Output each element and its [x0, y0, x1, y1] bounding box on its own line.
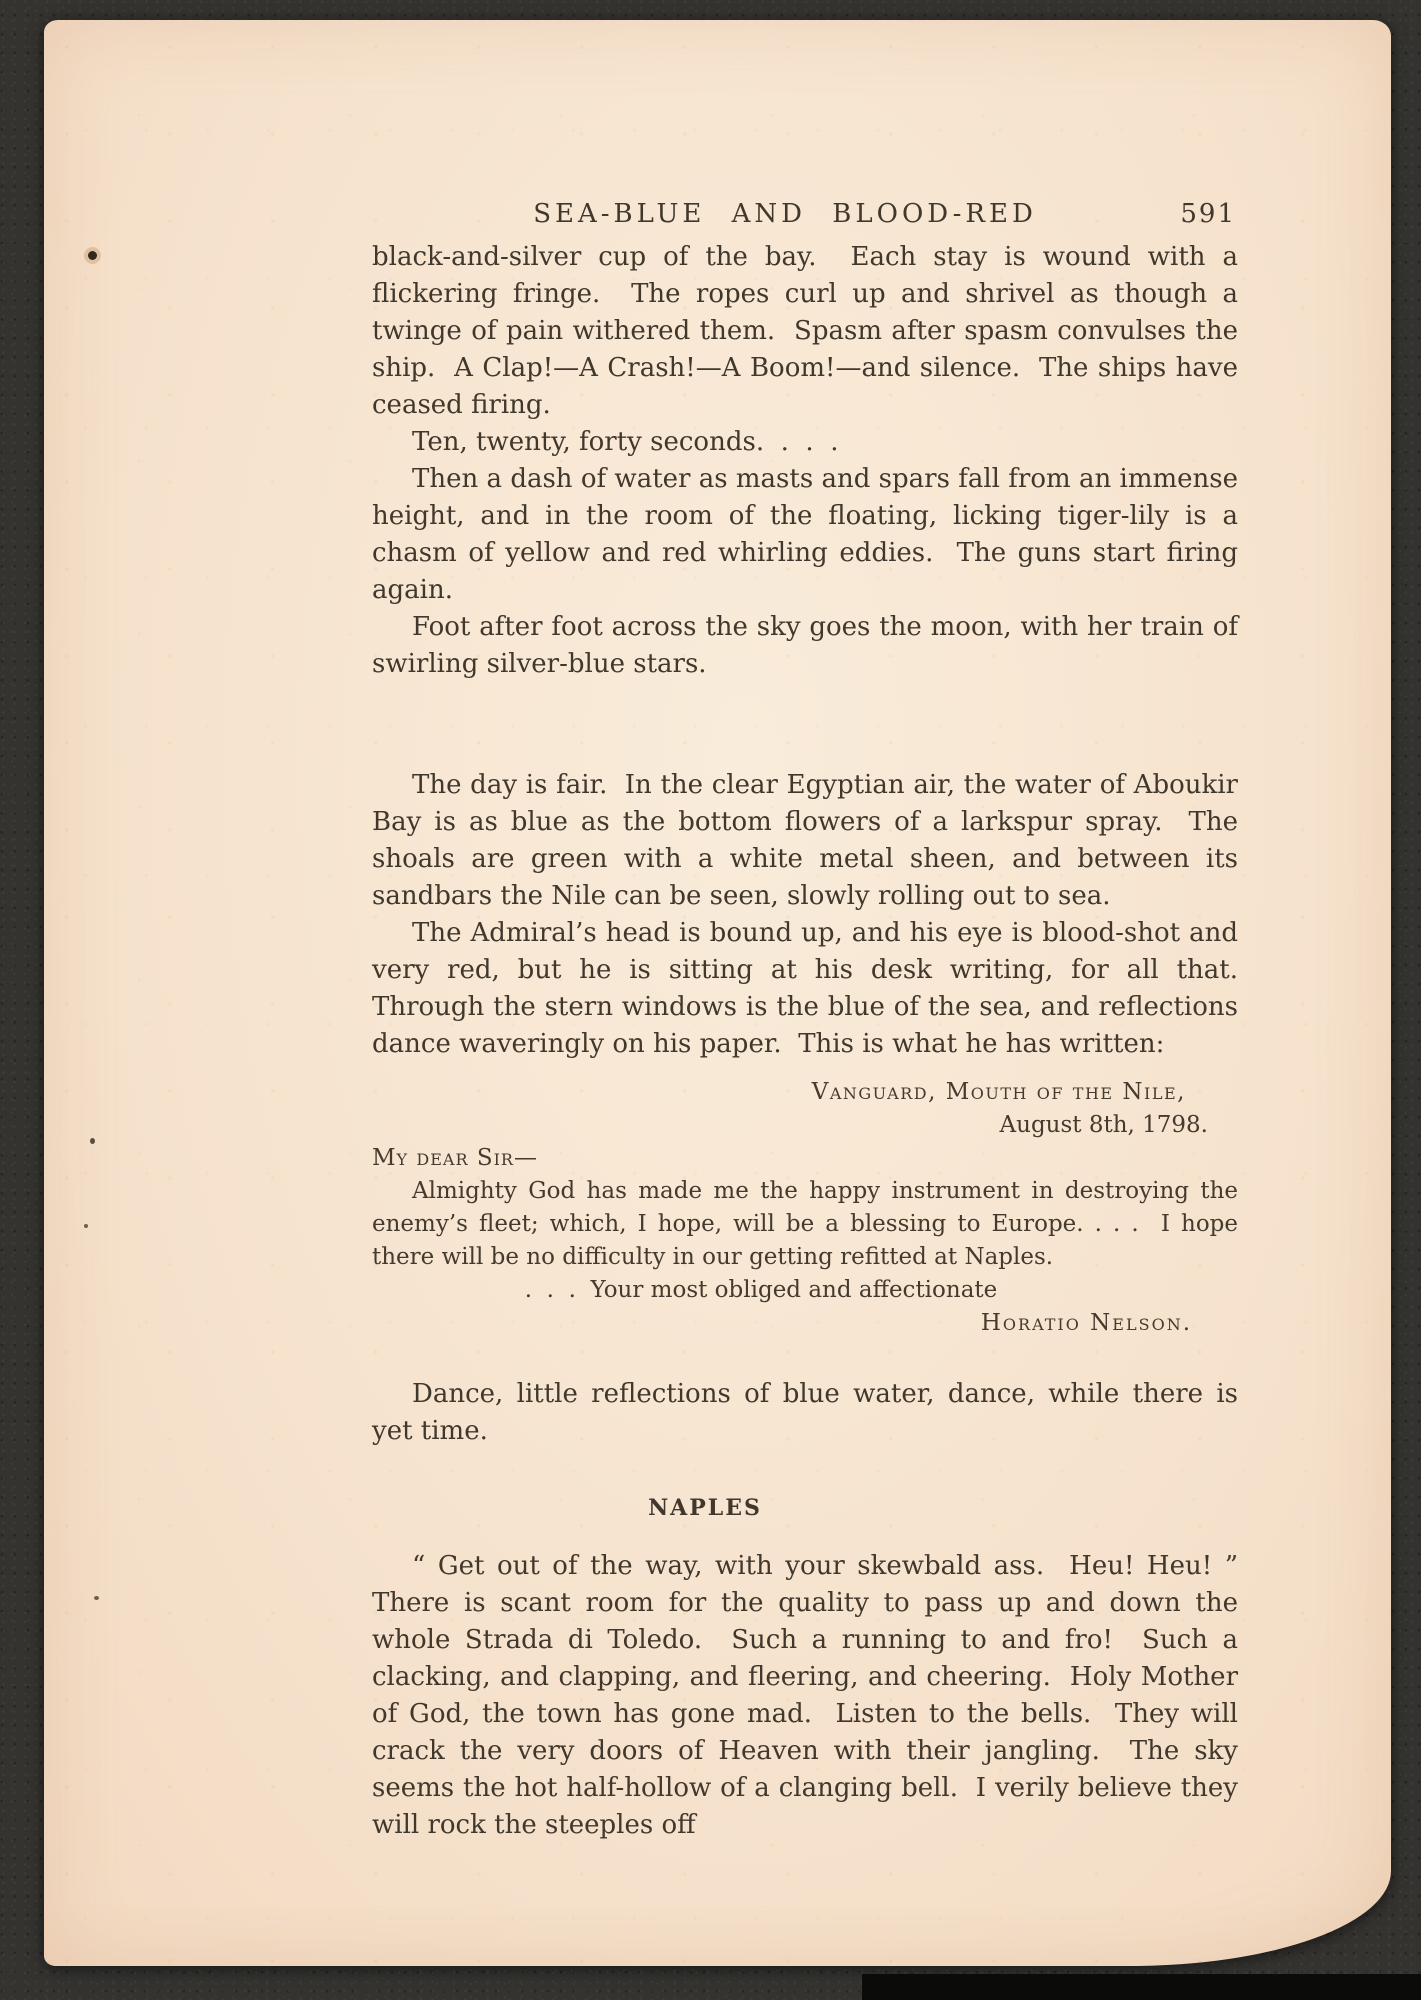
letter-date: August 8th, 1798.: [372, 1109, 1238, 1142]
running-header: SEA-BLUE AND BLOOD-RED 591: [372, 196, 1238, 232]
mat-edge: [862, 1974, 1421, 2000]
paper-speck: [84, 1224, 88, 1228]
letter-valediction: . . . Your most obliged and affectionate: [372, 1274, 1238, 1307]
nelson-letter: Vanguard, Mouth of the Nile, August 8th,…: [372, 1076, 1238, 1340]
letter-dateline: Vanguard, Mouth of the Nile,: [372, 1076, 1238, 1109]
body-paragraph: The Admiral’s head is bound up, and his …: [372, 915, 1238, 1063]
section-heading-naples: NAPLES: [272, 1494, 1138, 1522]
book-page: SEA-BLUE AND BLOOD-RED 591 black-and-sil…: [44, 20, 1391, 1966]
letter-signature: Horatio Nelson.: [372, 1307, 1238, 1340]
naples-paragraph: “ Get out of the way, with your skewbald…: [372, 1548, 1238, 1844]
page-number: 591: [1180, 196, 1236, 232]
page-content: SEA-BLUE AND BLOOD-RED 591 black-and-sil…: [372, 196, 1238, 1844]
body-paragraph: Foot after foot across the sky goes the …: [372, 609, 1238, 683]
body-paragraph: black-and-silver cup of the bay. Each st…: [372, 239, 1238, 424]
letter-salutation: My dear Sir—: [372, 1142, 1238, 1175]
letter-body: Almighty God has made me the happy instr…: [372, 1175, 1238, 1274]
paper-speck: [90, 1138, 95, 1144]
photo-backdrop: { "colors": { "paper": "#f6e3ce", "ink":…: [0, 0, 1421, 2000]
interlude-paragraph: Dance, little reflections of blue water,…: [372, 1376, 1238, 1450]
body-paragraph: The day is fair. In the clear Egyptian a…: [372, 767, 1238, 915]
paper-speck: [88, 251, 97, 260]
paper-speck: [94, 1596, 99, 1600]
body-paragraph: Then a dash of water as masts and spars …: [372, 461, 1238, 609]
chapter-title: SEA-BLUE AND BLOOD-RED: [533, 196, 1037, 232]
body-paragraph: Ten, twenty, forty seconds. . . .: [372, 424, 1238, 461]
